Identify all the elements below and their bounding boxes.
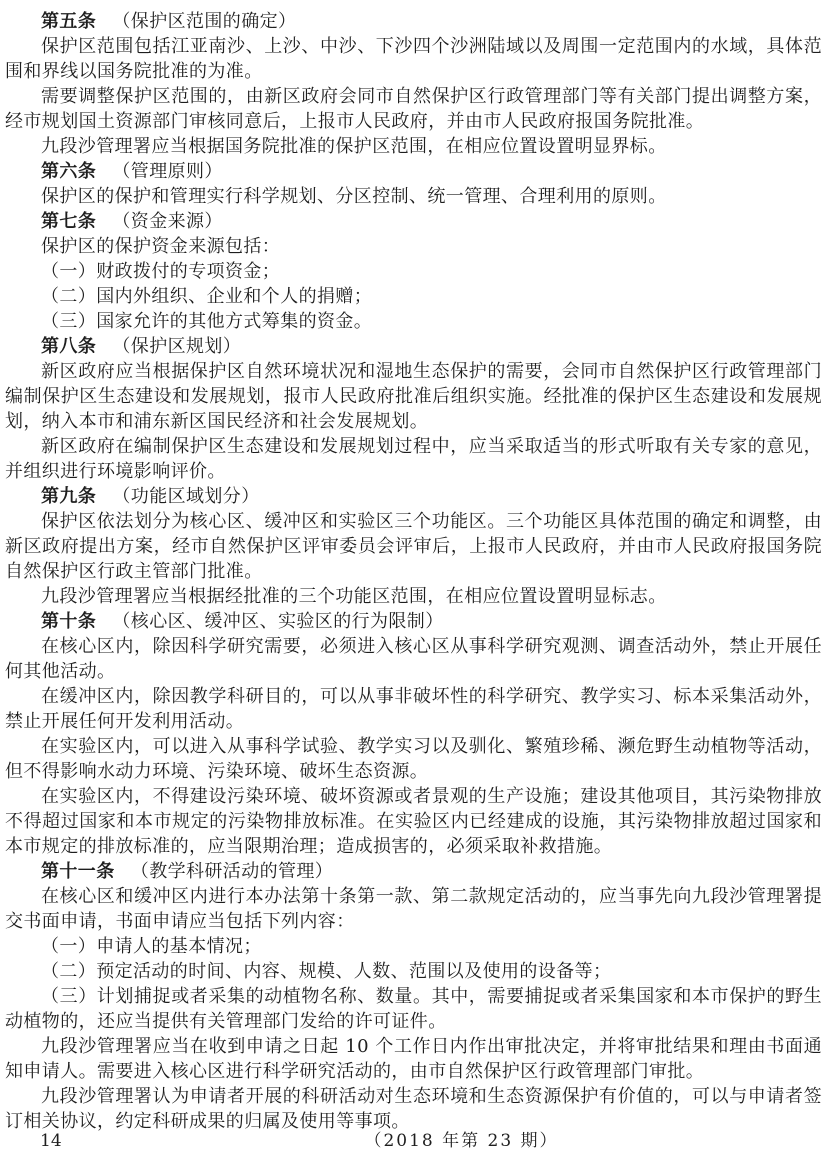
article-number: 第五条 xyxy=(41,11,96,32)
article-title: （保护区范围的确定） xyxy=(112,11,296,32)
article-title: （教学科研活动的管理） xyxy=(131,861,333,882)
paragraph: 保护区依法划分为核心区、缓冲区和实验区三个功能区。三个功能区具体范围的确定和调整… xyxy=(5,509,822,584)
article-title: （功能区域划分） xyxy=(112,486,259,507)
article-7-heading: 第七条（资金来源） xyxy=(5,209,822,234)
article-number: 第六条 xyxy=(41,161,96,182)
article-number: 第八条 xyxy=(41,336,96,357)
paragraph: 需要调整保护区范围的，由新区政府会同市自然保护区行政管理部门等有关部门提出调整方… xyxy=(5,84,822,134)
paragraph: 保护区的保护资金来源包括： xyxy=(5,234,822,259)
issue-label: （2018 年第 23 期） xyxy=(364,1128,558,1154)
paragraph: 九段沙管理署应当根据经批准的三个功能区范围，在相应位置设置明显标志。 xyxy=(5,584,822,609)
article-8-heading: 第八条（保护区规划） xyxy=(5,334,822,359)
article-title: （管理原则） xyxy=(112,161,222,182)
article-6-heading: 第六条（管理原则） xyxy=(5,159,822,184)
list-item: （二）预定活动的时间、内容、规模、人数、范围以及使用的设备等； xyxy=(5,959,822,984)
paragraph: 九段沙管理署认为申请者开展的科研活动对生态环境和生态资源保护有价值的，可以与申请… xyxy=(5,1084,822,1134)
paragraph: 九段沙管理署应当根据国务院批准的保护区范围，在相应位置设置明显界标。 xyxy=(5,134,822,159)
article-title: （资金来源） xyxy=(112,211,222,232)
article-10-heading: 第十条（核心区、缓冲区、实验区的行为限制） xyxy=(5,609,822,634)
paragraph: 新区政府在编制保护区生态建设和发展规划过程中，应当采取适当的形式听取有关专家的意… xyxy=(5,434,822,484)
paragraph: 在实验区内，可以进入从事科学试验、教学实习以及驯化、繁殖珍稀、濒危野生动植物等活… xyxy=(5,734,822,784)
paragraph: 九段沙管理署应当在收到申请之日起 10 个工作日内作出审批决定，并将审批结果和理… xyxy=(5,1034,822,1084)
article-title: （核心区、缓冲区、实验区的行为限制） xyxy=(112,611,443,632)
list-item: （三）计划捕捉或者采集的动植物名称、数量。其中，需要捕捉或者采集国家和本市保护的… xyxy=(5,984,822,1034)
article-title: （保护区规划） xyxy=(112,336,241,357)
article-number: 第十条 xyxy=(41,611,96,632)
paragraph: 在实验区内，不得建设污染环境、破坏资源或者景观的生产设施；建设其他项目，其污染物… xyxy=(5,784,822,859)
list-item: （二）国内外组织、企业和个人的捐赠； xyxy=(5,284,822,309)
article-number: 第十一条 xyxy=(41,861,115,882)
document-page: 第五条（保护区范围的确定） 保护区范围包括江亚南沙、上沙、中沙、下沙四个沙洲陆域… xyxy=(0,0,827,1170)
article-number: 第七条 xyxy=(41,211,96,232)
article-5-heading: 第五条（保护区范围的确定） xyxy=(5,9,822,34)
list-item: （一）财政拨付的专项资金； xyxy=(5,259,822,284)
page-number: 14 xyxy=(40,1128,62,1154)
list-item: （三）国家允许的其他方式筹集的资金。 xyxy=(5,309,822,334)
article-number: 第九条 xyxy=(41,486,96,507)
paragraph: 在核心区内，除因科学研究需要，必须进入核心区从事科学研究观测、调查活动外，禁止开… xyxy=(5,634,822,684)
paragraph: 保护区的保护和管理实行科学规划、分区控制、统一管理、合理利用的原则。 xyxy=(5,184,822,209)
article-11-heading: 第十一条（教学科研活动的管理） xyxy=(5,859,822,884)
list-item: （一）申请人的基本情况； xyxy=(5,934,822,959)
paragraph: 在缓冲区内，除因教学科研目的，可以从事非破坏性的科学研究、教学实习、标本采集活动… xyxy=(5,684,822,734)
article-9-heading: 第九条（功能区域划分） xyxy=(5,484,822,509)
paragraph: 新区政府应当根据保护区自然环境状况和湿地生态保护的需要，会同市自然保护区行政管理… xyxy=(5,359,822,434)
paragraph: 在核心区和缓冲区内进行本办法第十条第一款、第二款规定活动的，应当事先向九段沙管理… xyxy=(5,884,822,934)
page-footer: 14 （2018 年第 23 期） xyxy=(0,1128,827,1154)
paragraph: 保护区范围包括江亚南沙、上沙、中沙、下沙四个沙洲陆域以及周围一定范围内的水域，具… xyxy=(5,34,822,84)
